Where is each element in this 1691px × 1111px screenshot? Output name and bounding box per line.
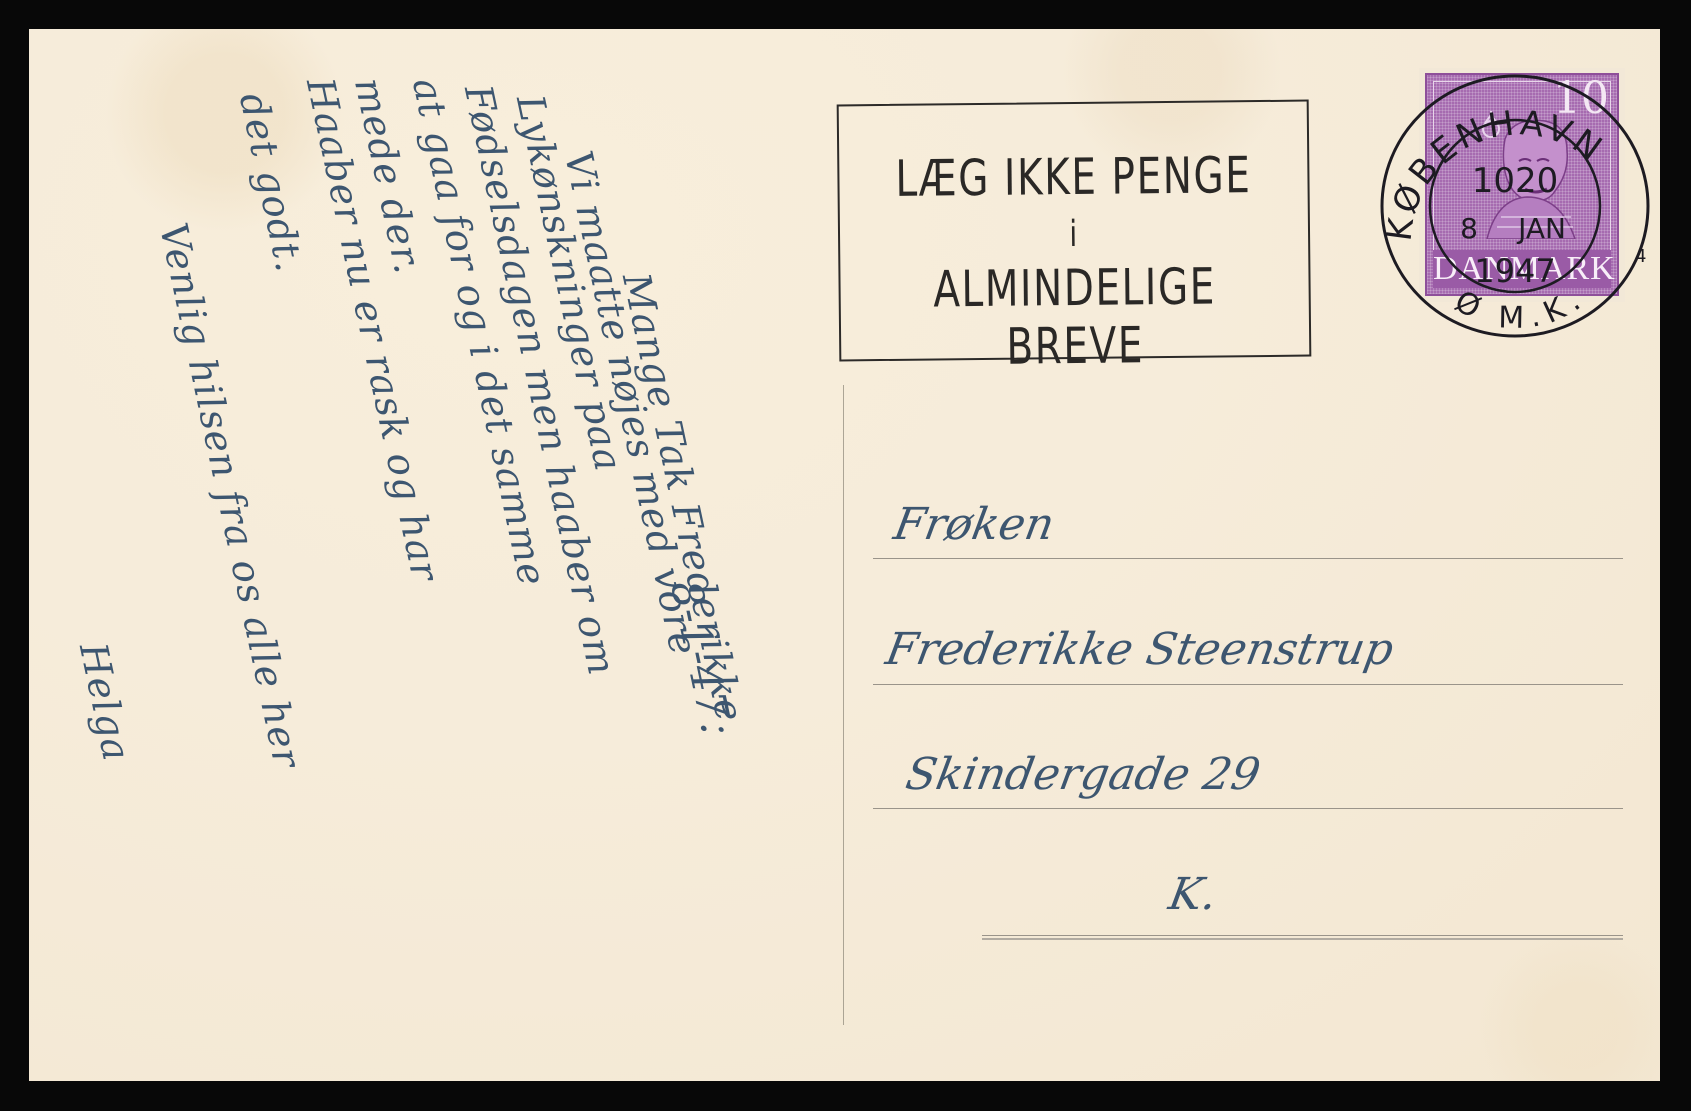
postmark-number: 4	[1635, 246, 1646, 267]
postage-stamp: 10 DANMARK	[1419, 68, 1625, 302]
slogan-cancel-box: LÆG IKKE PENGE i ALMINDELIGE BREVE	[837, 100, 1312, 362]
address-rule-4	[982, 935, 1623, 940]
slogan-line-3: ALMINDELIGE BREVE	[892, 257, 1258, 377]
address-rule-1	[873, 558, 1623, 559]
slogan-line-1: LÆG IKKE PENGE	[891, 146, 1257, 208]
message-line: det godt.	[231, 89, 312, 276]
slogan-line-2: i	[891, 212, 1256, 257]
address-rule-3	[873, 808, 1623, 809]
signature: Helga	[71, 639, 139, 765]
address-city: K.	[1165, 869, 1221, 920]
postcard: 8-1-47. Mange Tak Frederikke. Vi maatte …	[29, 29, 1660, 1081]
king-portrait-icon	[1467, 109, 1577, 239]
address-salutation: Frøken	[890, 499, 1058, 550]
stamp-country: DANMARK	[1433, 250, 1611, 288]
vertical-divider	[843, 385, 844, 1025]
address-name: Frederikke Steenstrup	[882, 624, 1397, 675]
address-rule-2	[873, 684, 1623, 685]
message-line: Venlig hilsen fra os alle her	[151, 219, 310, 772]
stamp-design: 10 DANMARK	[1425, 73, 1619, 296]
address-street: Skindergade 29	[902, 749, 1264, 800]
